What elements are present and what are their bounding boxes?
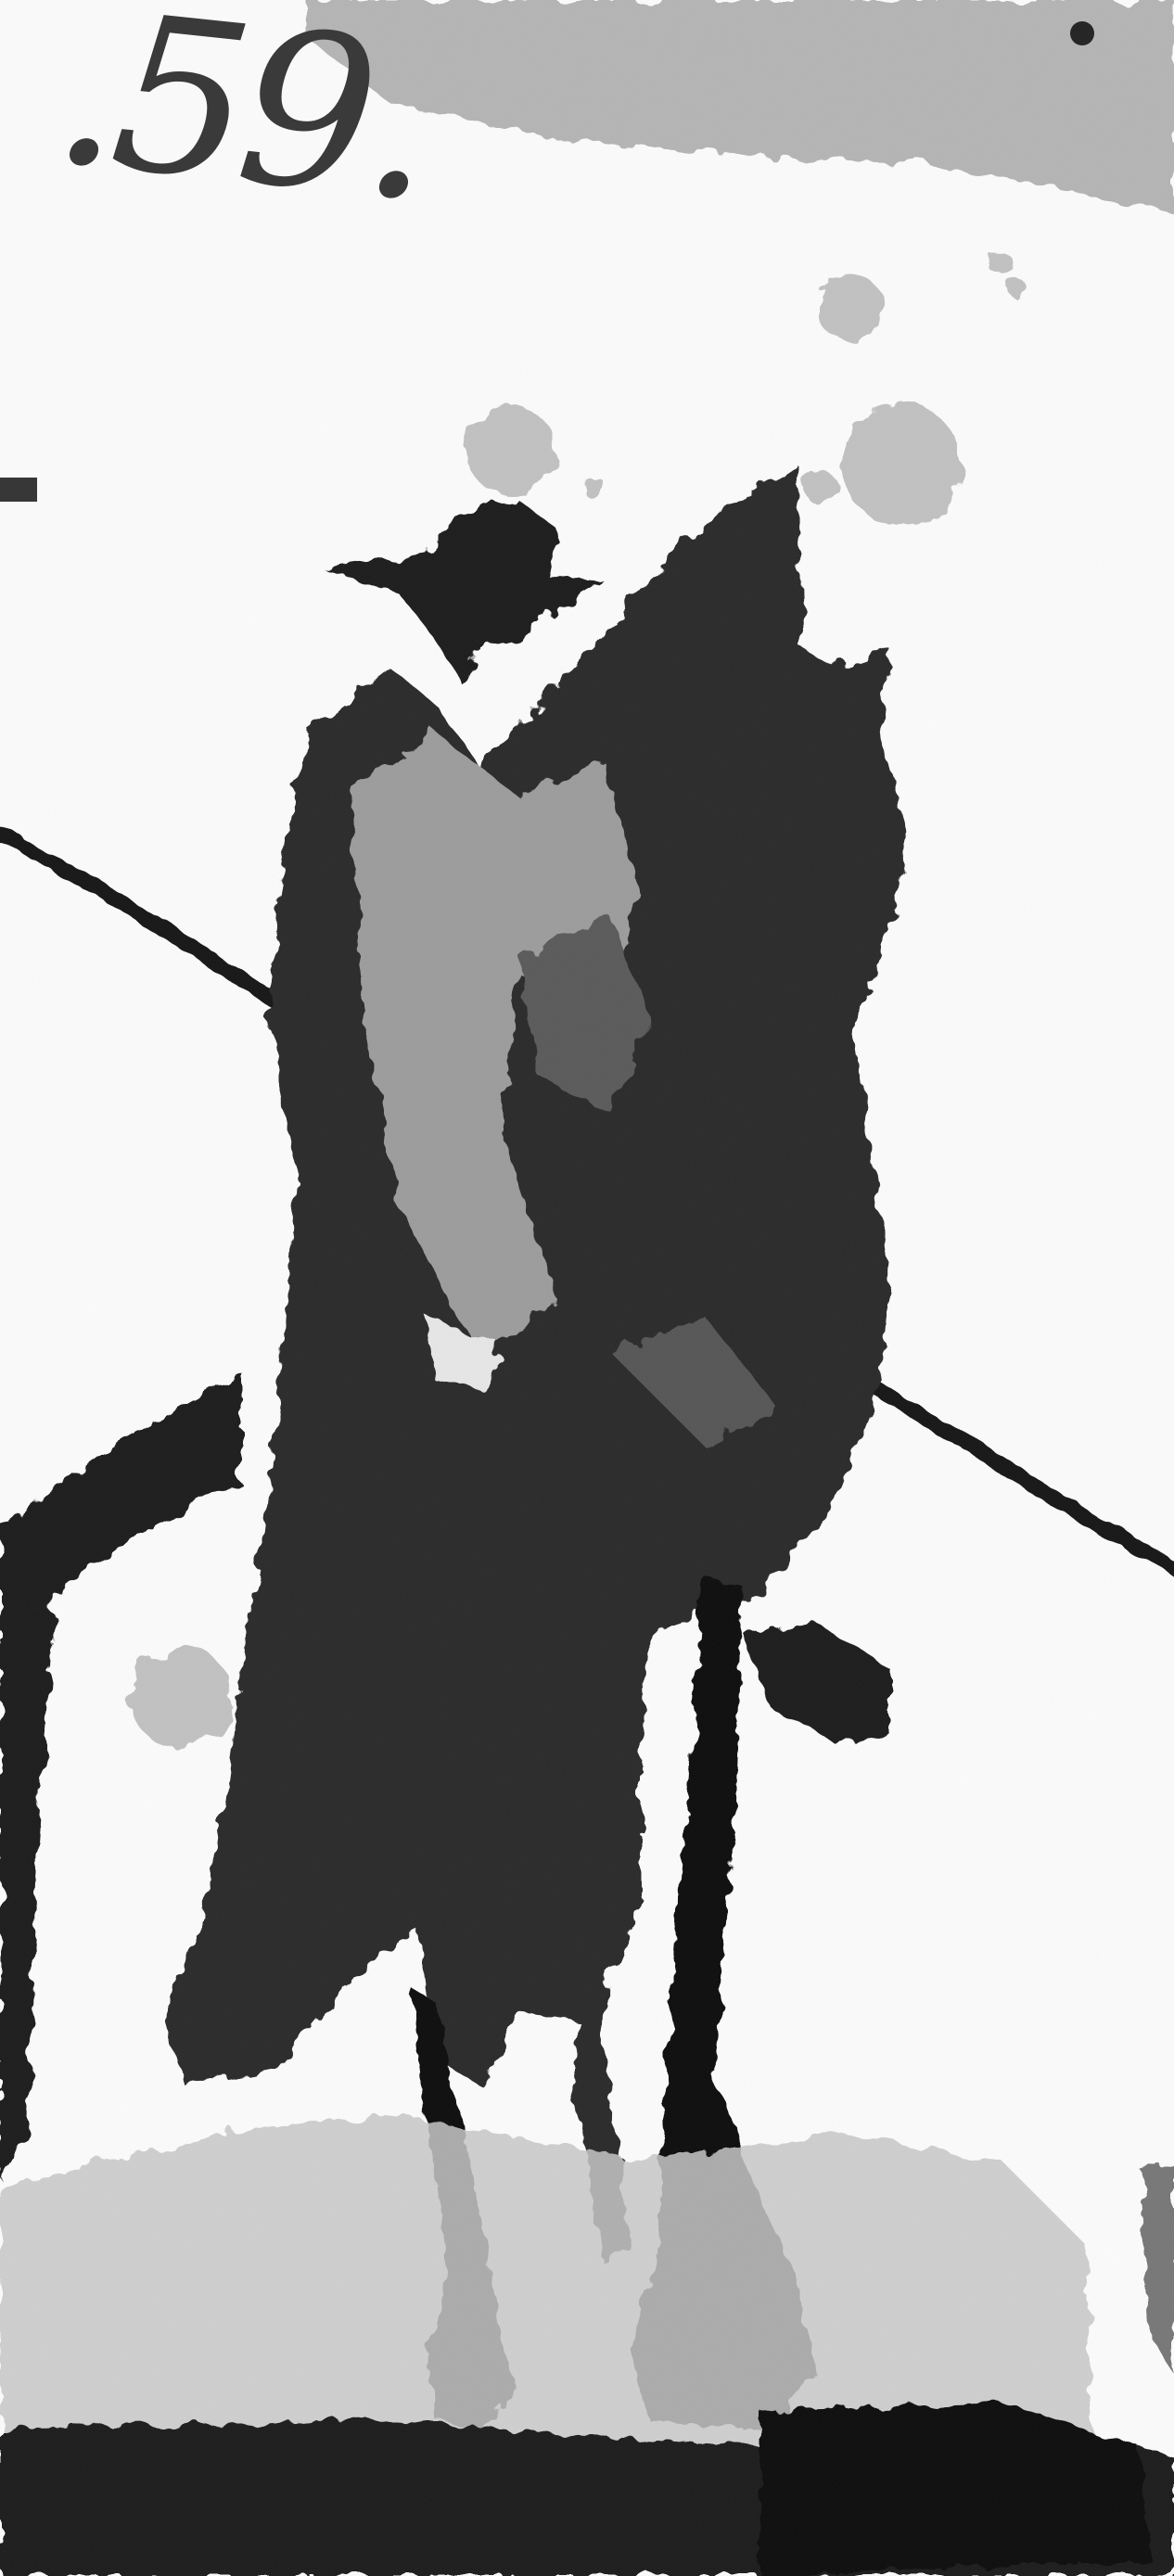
paper-grain — [0, 0, 1174, 2576]
year-inscription: .59. — [45, 0, 436, 232]
ink-painting — [0, 0, 1174, 2576]
ink-painting-canvas: .59. — [0, 0, 1174, 2576]
